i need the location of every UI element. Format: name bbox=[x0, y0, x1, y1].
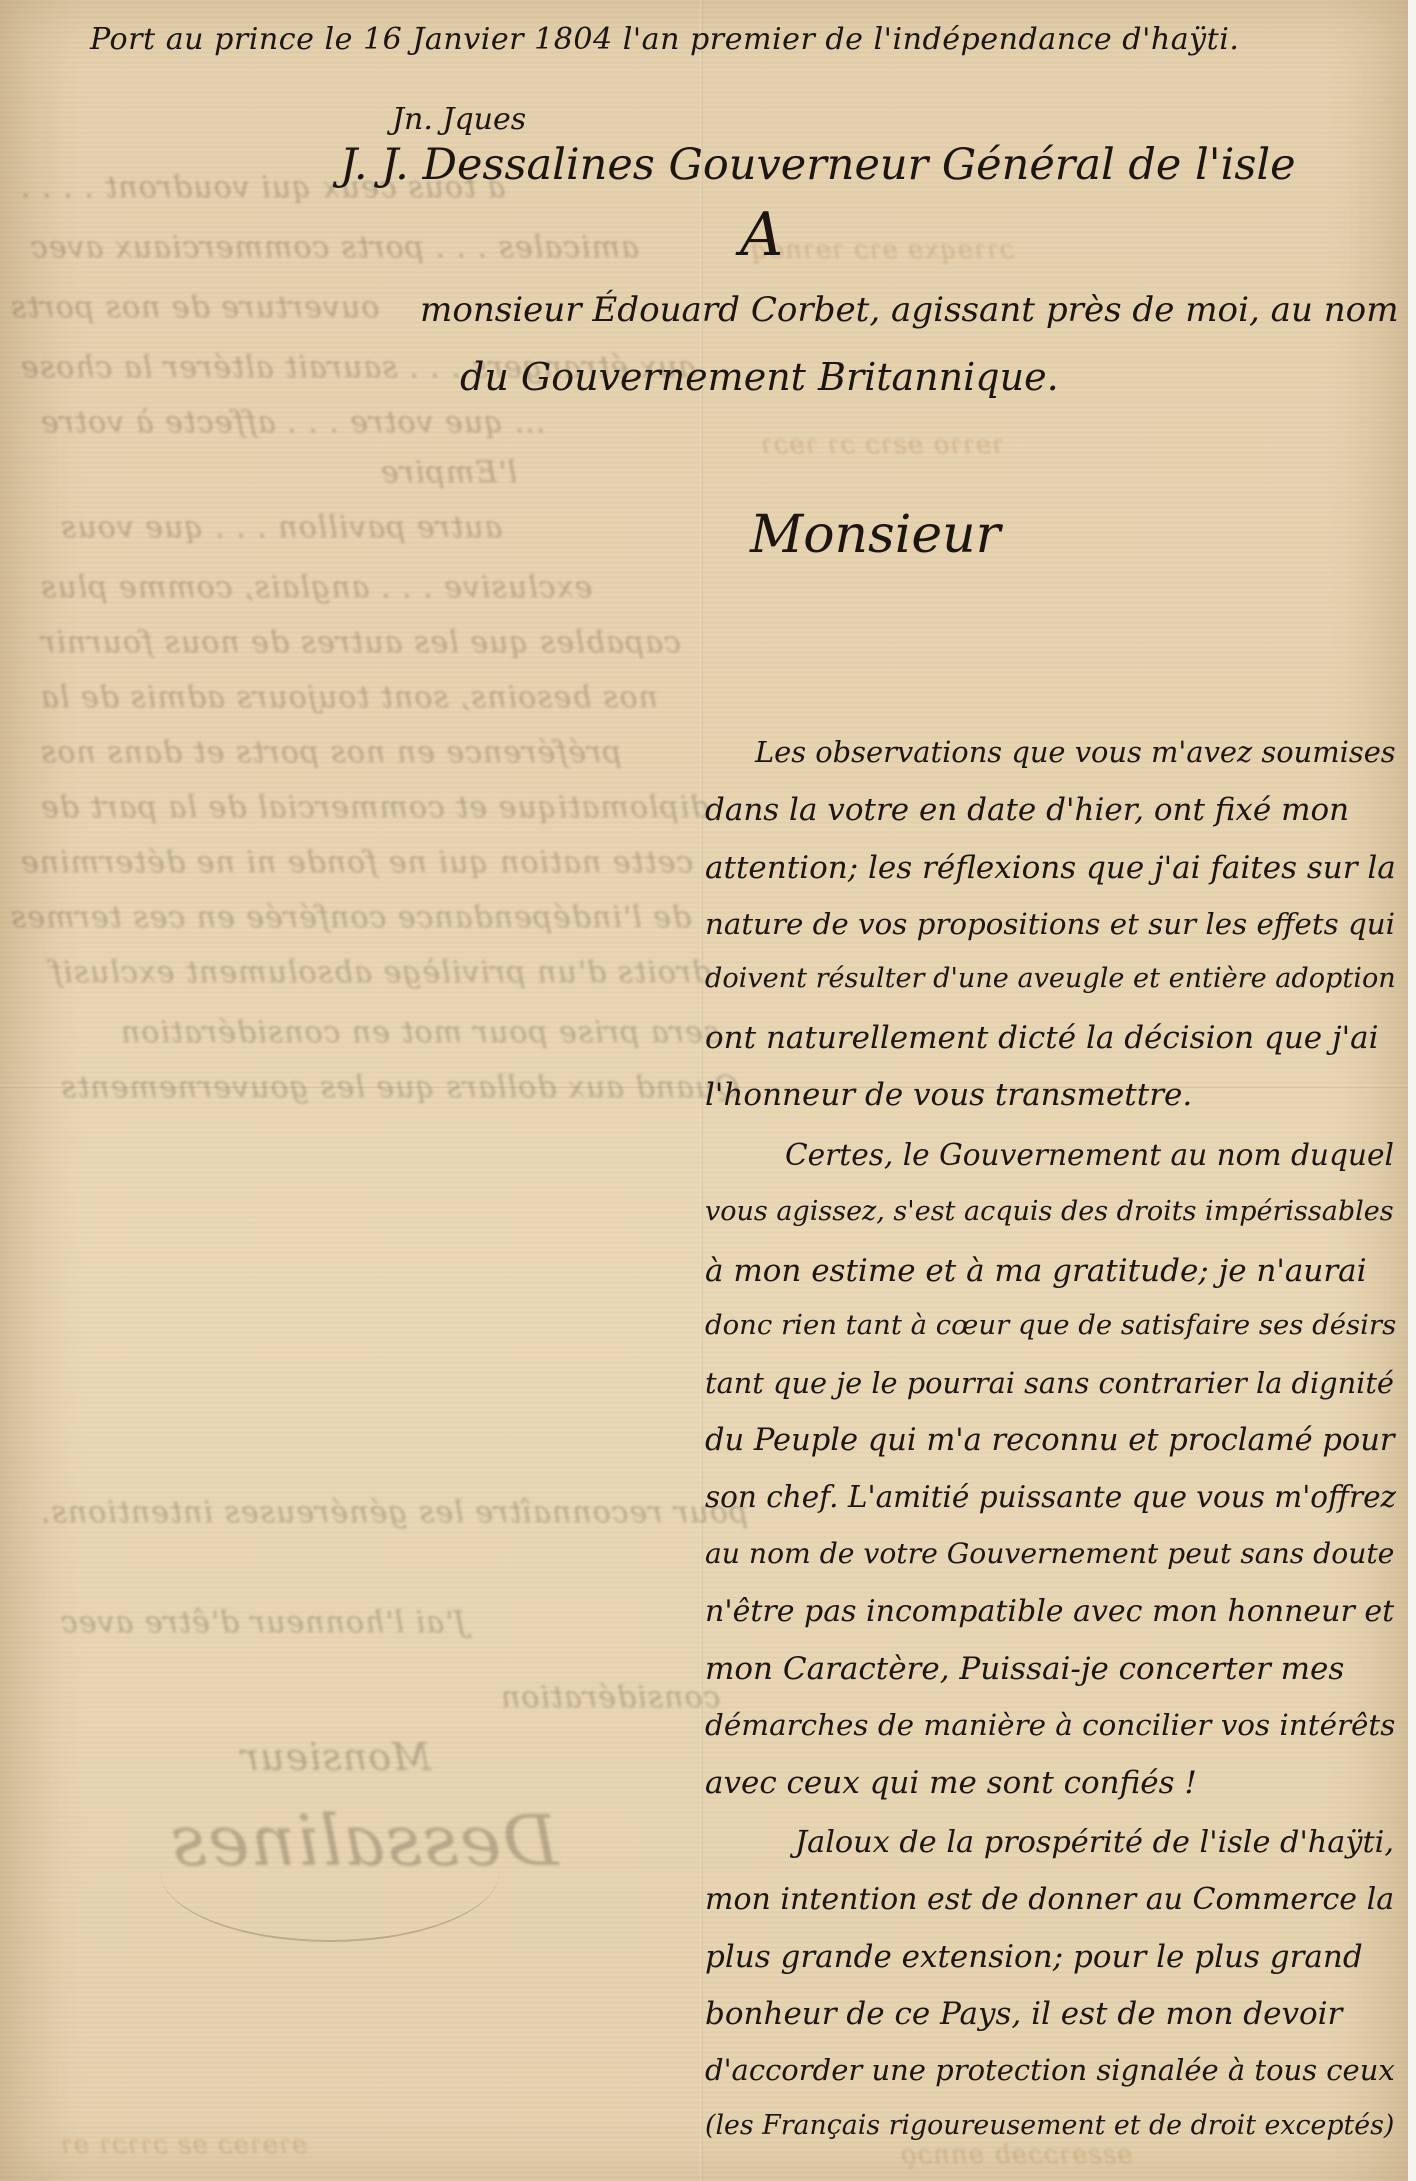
bleed-line: diplomatique et commercial de la part de bbox=[40, 790, 710, 825]
bleed-line: capables que les autres de nous fournir bbox=[40, 625, 681, 660]
bleed-line: l'Empire bbox=[380, 455, 517, 490]
bleed-signature-flourish bbox=[160, 1800, 500, 1942]
bleed-line: considération bbox=[500, 1680, 720, 1715]
bleed-line: amicales . . . ports commerciaux avec bbox=[30, 230, 639, 265]
bleed-line: exclusive . . . anglais, comme plus bbox=[40, 570, 592, 605]
body-line: avec ceux qui me sont confiés ! bbox=[705, 1765, 1197, 1801]
scan-margin bbox=[1408, 0, 1416, 2181]
bleed-line: pour reconnaître les généreuses intentio… bbox=[40, 1495, 748, 1530]
bleed-line: Monsieur bbox=[240, 1735, 431, 1779]
salutation-a: A bbox=[740, 200, 783, 270]
body-line: son chef. L'amitié puissante que vous m'… bbox=[705, 1480, 1396, 1514]
bleed-line: nos besoins, sont toujours admis de la bbox=[40, 680, 658, 715]
body-line: ont naturellement dicté la décision que … bbox=[705, 1020, 1379, 1056]
bleed-line-brown: ɘɿɘɿɘɔ ɘƨ ɔɿɿɔɿ ɘɿ bbox=[60, 2130, 307, 2160]
body-line: démarches de manière à concilier vos int… bbox=[705, 1708, 1395, 1742]
bleed-line: ... que votre . . . affecte à votre bbox=[40, 405, 545, 440]
body-line: doivent résulter d'une aveugle et entièr… bbox=[705, 963, 1396, 994]
dateline: Port au prince le 16 Janvier 1804 l'an p… bbox=[90, 22, 1239, 57]
bleed-line-brown: ɔɿɿɘqxɘ ɘɿɔ ɿɘɿnoq bbox=[750, 235, 1014, 265]
body-line: l'honneur de vous transmettre. bbox=[705, 1077, 1192, 1113]
bleed-line: autre pavillon . . . que vous bbox=[60, 510, 502, 545]
body-line: du Peuple qui m'a reconnu et proclamé po… bbox=[705, 1423, 1395, 1458]
body-line: dans la votre en date d'hier, ont fixé m… bbox=[705, 792, 1349, 828]
bleed-line: Quand aux dollars que les gouvernements bbox=[60, 1070, 740, 1105]
body-line: tant que je le pourrai sans contrarier l… bbox=[705, 1366, 1394, 1400]
bleed-line-brown: ɘƨƨɘɿɔɔɘb ɘnnɔǫ bbox=[900, 2140, 1133, 2170]
bleed-line: ouverture de nos ports bbox=[10, 290, 379, 325]
body-line: Jaloux de la prospérité de l'isle d'haÿt… bbox=[795, 1825, 1394, 1860]
greeting: Monsieur bbox=[750, 505, 1000, 565]
recipient-line-1: monsieur Édouard Corbet, agissant près d… bbox=[420, 290, 1399, 330]
recipient-line-2: du Gouvernement Britannique. bbox=[460, 355, 1059, 399]
body-line: n'être pas incompatible avec mon honneur… bbox=[705, 1594, 1394, 1629]
bleed-line-brown: ɿɘɿɿo ɘƨɿɔ ɔɿ ɿɘɔɿ bbox=[760, 430, 1004, 460]
sender-abbreviation: Jn. Jques bbox=[392, 102, 526, 137]
body-line: Les observations que vous m'avez soumise… bbox=[755, 735, 1396, 769]
body-line: à mon estime et à ma gratitude; je n'aur… bbox=[705, 1253, 1367, 1289]
body-line: (les Français rigoureusement et de droit… bbox=[705, 2110, 1394, 2141]
body-line: donc rien tant à cœur que de satisfaire … bbox=[705, 1309, 1396, 1341]
body-line: d'accorder une protection signalée à tou… bbox=[705, 2053, 1395, 2087]
sender-heading: J. J. Dessalines Gouverneur Général de l… bbox=[340, 140, 1296, 190]
body-line: mon Caractère, Puissai-je concerter mes bbox=[705, 1651, 1344, 1687]
bleed-line: préférence en nos ports et dans nos bbox=[40, 735, 622, 770]
bleed-line: J'ai l'honneur d'être avec bbox=[60, 1605, 466, 1640]
body-line: Certes, le Gouvernement au nom duquel bbox=[785, 1138, 1394, 1172]
bleed-line: droits d'un privilège absolument exclusi… bbox=[50, 955, 711, 990]
body-line: vous agissez, s'est acquis des droits im… bbox=[705, 1196, 1394, 1227]
body-line: au nom de votre Gouvernement peut sans d… bbox=[705, 1537, 1394, 1570]
bleed-line: sera prise pour mot en considération bbox=[120, 1015, 719, 1050]
bleed-line: cette nation qui ne fonde ni ne détermin… bbox=[20, 845, 693, 880]
body-line: mon intention est de donner au Commerce … bbox=[705, 1882, 1394, 1917]
body-line: plus grande extension; pour le plus gran… bbox=[705, 1939, 1363, 1975]
body-line: bonheur de ce Pays, il est de mon devoir bbox=[705, 1996, 1342, 2032]
body-line: attention; les réflexions que j'ai faite… bbox=[705, 850, 1396, 886]
bleed-line: de l'indépendance conférée en ces termes bbox=[10, 900, 691, 935]
body-line: nature de vos propositions et sur les ef… bbox=[705, 907, 1395, 941]
